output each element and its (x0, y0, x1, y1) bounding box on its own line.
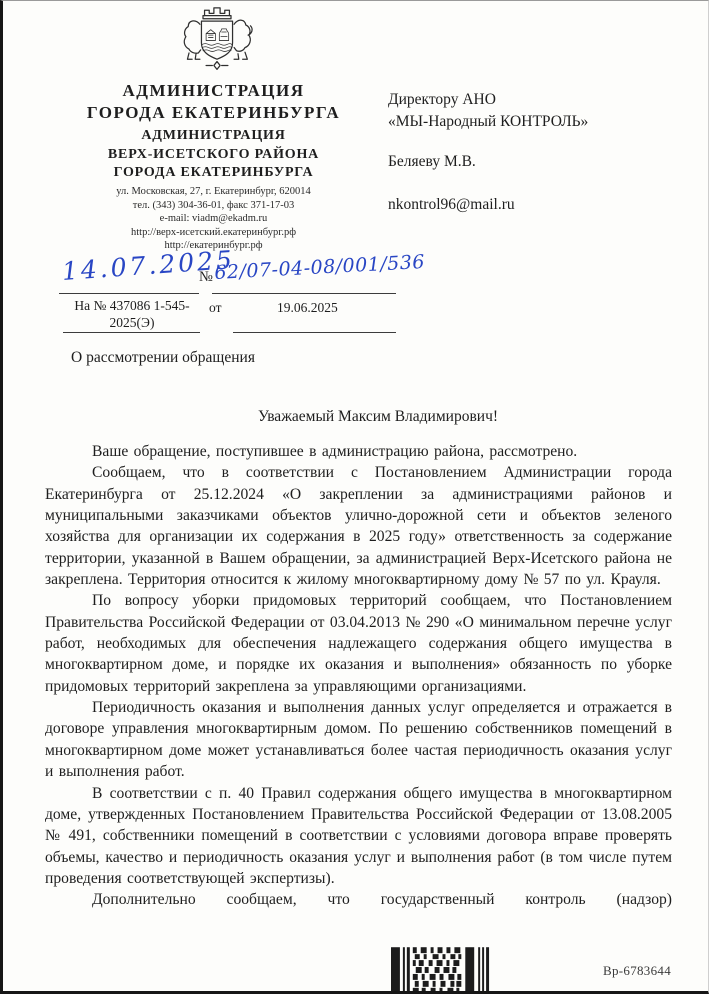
postal-address: ул. Московская, 27, г. Екатеринбург, 620… (41, 185, 386, 199)
from-label: от (209, 300, 221, 316)
recipient-block: Директору АНО «МЫ-Народный КОНТРОЛЬ» Бел… (388, 89, 698, 216)
salutation: Уважаемый Максим Владимирович! (65, 408, 691, 426)
letterhead-org-name: АДМИНИСТРАЦИЯ ГОРОДА ЕКАТЕРИНБУРГА (41, 80, 386, 124)
dept-line-1: АДМИНИСТРАЦИЯ (41, 127, 386, 146)
letter-body: Ваше обращение, поступившее в администра… (45, 441, 672, 911)
incoming-reference: На № 437086 1-545- 2025(Э) (61, 297, 203, 331)
body-paragraph: Ваше обращение, поступившее в администра… (45, 441, 672, 462)
body-paragraph: По вопросу уборки придомовых территорий … (45, 590, 672, 697)
recipient-name: Беляеву М.В. (388, 151, 698, 173)
org-line-2: ГОРОДА ЕКАТЕРИНБУРГА (41, 102, 386, 124)
phone-fax: тел. (343) 304-36-01, факс 371-17-03 (41, 199, 386, 213)
body-paragraph: Дополнительно сообщаем, что государствен… (45, 889, 672, 910)
dept-line-3: ГОРОДА ЕКАТЕРИНБУРГА (41, 164, 386, 183)
recipient-position: Директору АНО (388, 89, 698, 111)
number-sign-label: № (199, 269, 213, 286)
org-website-district: http://верх-исетский.екатеринбург.рф (41, 226, 386, 240)
incoming-date: 19.06.2025 (277, 300, 338, 316)
barcode-label: Вр-6783644 (603, 963, 671, 979)
dept-line-2: ВЕРХ-ИСЕТСКОГО РАЙОНА (41, 146, 386, 165)
recipient-email: nkontrol96@mail.ru (388, 194, 698, 216)
incoming-date-underline (233, 332, 396, 333)
number-underline (212, 293, 396, 294)
letterhead-dept-name: АДМИНИСТРАЦИЯ ВЕРХ-ИСЕТСКОГО РАЙОНА ГОРО… (41, 127, 386, 183)
incoming-number-underline (63, 332, 200, 333)
handwritten-outgoing-number: 62/07-04-08/001/536 (214, 251, 426, 284)
body-paragraph: Периодичность оказания и выполнения данн… (45, 697, 672, 782)
yekaterinburg-coat-of-arms-icon (169, 4, 265, 74)
incoming-number-line-2: 2025(Э) (61, 314, 203, 331)
body-paragraph: В соответствии с п. 40 Правил содержания… (45, 783, 672, 890)
org-line-1: АДМИНИСТРАЦИЯ (41, 80, 386, 102)
letterhead-contact-block: ул. Московская, 27, г. Екатеринбург, 620… (41, 185, 386, 253)
recipient-organization: «МЫ-Народный КОНТРОЛЬ» (388, 111, 698, 133)
registration-barcode (391, 947, 495, 992)
subject-line: О рассмотрении обращения (71, 349, 255, 367)
incoming-number-line-1: На № 437086 1-545- (61, 297, 203, 314)
body-paragraph: Сообщаем, что в соответствии с Постановл… (45, 462, 672, 590)
org-email: e-mail: viadm@ekadm.ru (41, 212, 386, 226)
date-underline (59, 293, 199, 294)
scanned-letter-page: АДМИНИСТРАЦИЯ ГОРОДА ЕКАТЕРИНБУРГА АДМИН… (0, 0, 709, 994)
